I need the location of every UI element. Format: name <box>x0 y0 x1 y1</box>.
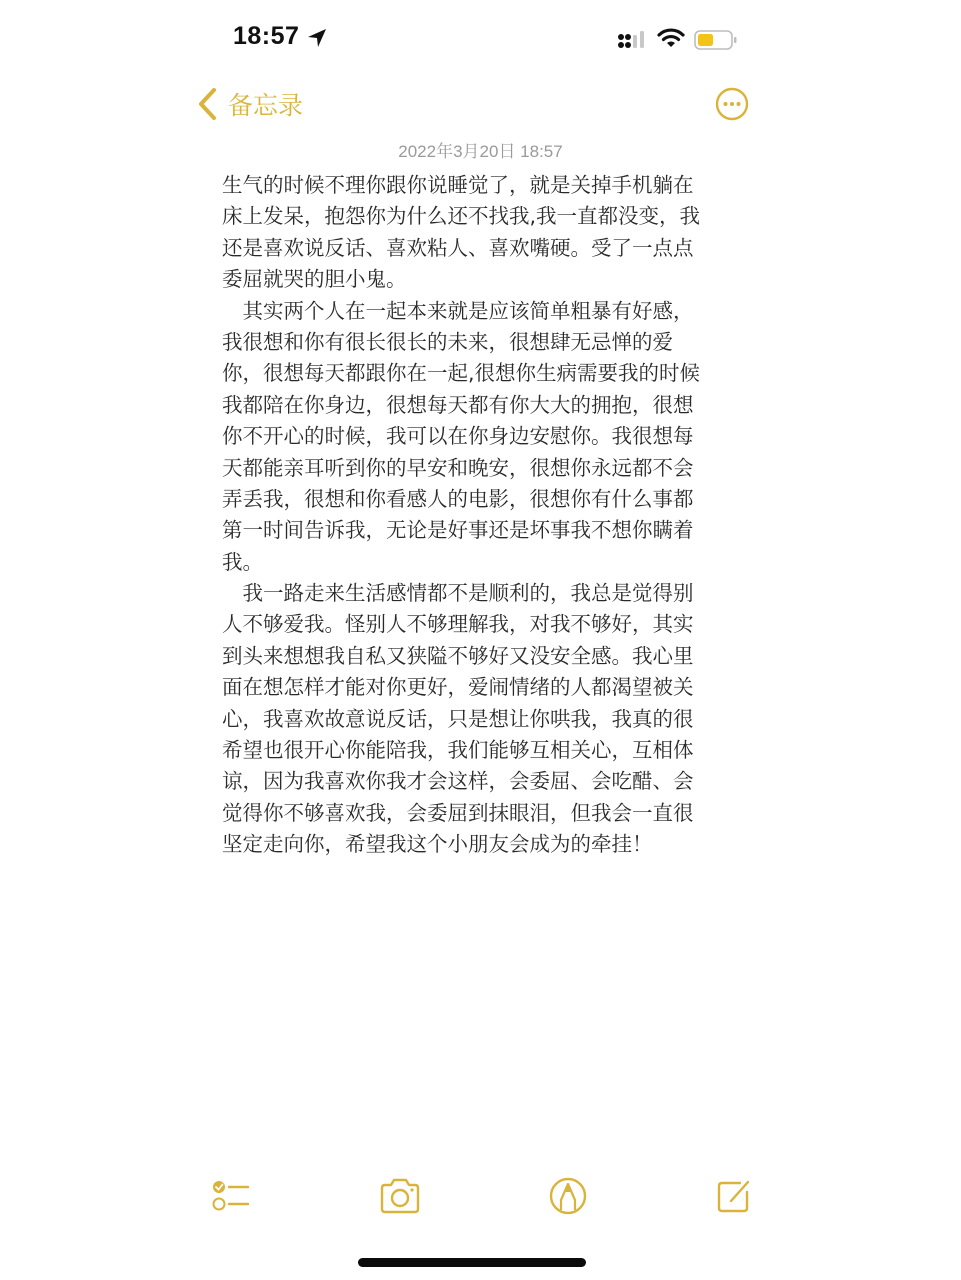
ellipsis-circle-icon[interactable] <box>715 87 749 121</box>
navigation-bar: 备忘录 <box>0 80 961 135</box>
cellular-signal-icon <box>617 30 647 50</box>
status-time: 18:57 <box>233 22 299 51</box>
back-label: 备忘录 <box>228 86 303 122</box>
note-line: 希望也很开心你能陪我，我们能够互相关心，互相体 <box>222 735 730 766</box>
markup-pen-icon[interactable] <box>546 1174 590 1218</box>
note-line: 我。 <box>222 547 730 578</box>
note-line: 你不开心的时候，我可以在你身边安慰你。我很想每 <box>222 421 730 452</box>
note-line: 我都陪在你身边，很想每天都有你大大的拥抱，很想 <box>222 390 730 421</box>
note-line: 到头来想想我自私又狭隘不够好又没安全感。我心里 <box>222 641 730 672</box>
note-line: 人不够爱我。怪别人不够理解我，对我不够好，其实 <box>222 609 730 640</box>
note-line: 第一时间告诉我，无论是好事还是坏事我不想你瞒着 <box>222 515 730 546</box>
compose-icon[interactable] <box>712 1174 756 1218</box>
note-line: 还是喜欢说反话、喜欢粘人、喜欢嘴硬。受了一点点 <box>222 233 730 264</box>
note-line: 床上发呆，抱怨你为什么还不找我,我一直都没变，我 <box>222 201 730 232</box>
note-line: 弄丢我，很想和你看感人的电影，很想你有什么事都 <box>222 484 730 515</box>
status-bar: 18:57 <box>0 0 961 80</box>
note-line: 天都能亲耳听到你的早安和晚安，很想你永远都不会 <box>222 453 730 484</box>
note-line: 我一路走来生活感情都不是顺利的，我总是觉得别 <box>222 578 730 609</box>
note-line: 觉得你不够喜欢我，会委屈到抹眼泪，但我会一直很 <box>222 798 730 829</box>
back-button[interactable]: 备忘录 <box>196 86 303 122</box>
note-line: 生气的时候不理你跟你说睡觉了，就是关掉手机躺在 <box>222 170 730 201</box>
note-timestamp: 2022年3月20日 18:57 <box>0 137 961 162</box>
bottom-toolbar <box>0 1170 961 1230</box>
battery-icon <box>694 29 738 51</box>
note-line: 面在想怎样才能对你更好，爱闹情绪的人都渴望被关 <box>222 672 730 703</box>
note-line: 坚定走向你，希望我这个小朋友会成为的牵挂！ <box>222 829 730 860</box>
note-line: 你，很想每天都跟你在一起,很想你生病需要我的时候 <box>222 358 730 389</box>
note-line: 我很想和你有很长很长的未来，很想肆无忌惮的爱 <box>222 327 730 358</box>
note-line: 心，我喜欢故意说反话，只是想让你哄我，我真的很 <box>222 704 730 735</box>
checklist-icon[interactable] <box>208 1174 252 1218</box>
home-indicator[interactable] <box>358 1258 586 1267</box>
chevron-left-icon <box>196 87 218 121</box>
note-line: 委屈就哭的胆小鬼。 <box>222 264 730 295</box>
camera-icon[interactable] <box>378 1174 422 1218</box>
wifi-icon <box>657 27 685 49</box>
note-line: 其实两个人在一起本来就是应该简单粗暴有好感， <box>222 296 730 327</box>
note-body[interactable]: 生气的时候不理你跟你说睡觉了，就是关掉手机躺在 床上发呆，抱怨你为什么还不找我,… <box>222 170 730 861</box>
note-line: 谅，因为我喜欢你我才会这样，会委屈、会吃醋、会 <box>222 766 730 797</box>
location-arrow-icon <box>306 27 328 49</box>
